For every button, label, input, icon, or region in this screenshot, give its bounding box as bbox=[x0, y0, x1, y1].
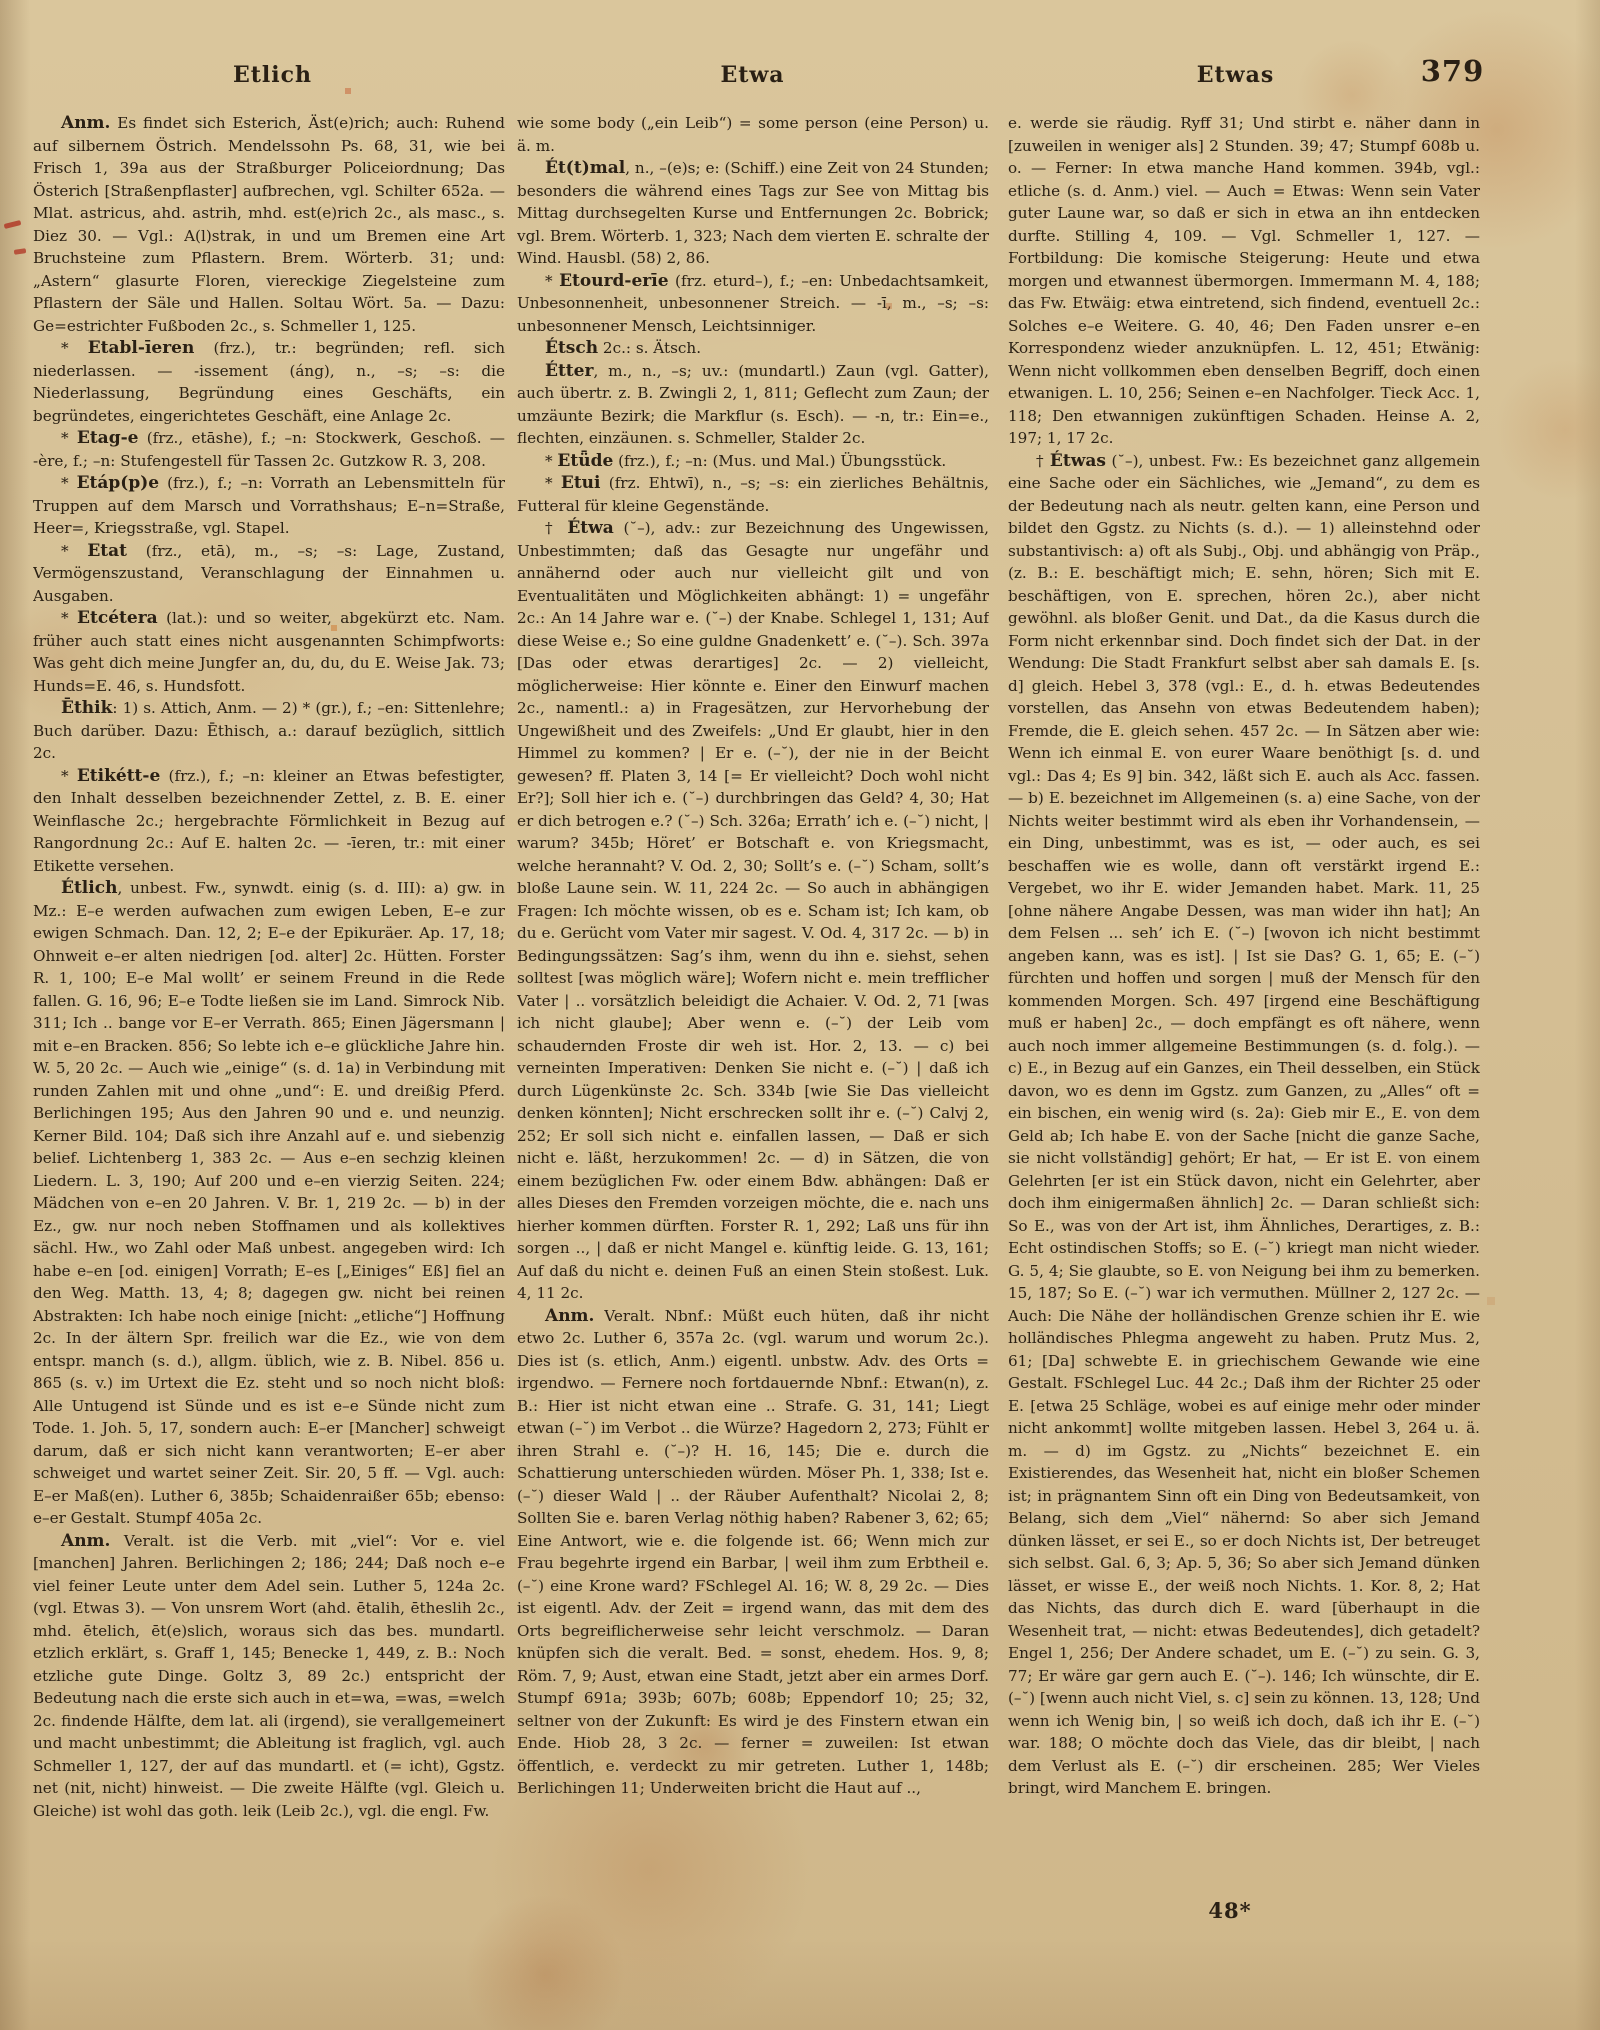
dictionary-paragraph: Anm. Veralt. Nbnf.: Müßt euch hüten, daß… bbox=[517, 1305, 989, 1800]
entry-marker: * bbox=[545, 452, 557, 470]
dictionary-paragraph: † Étwas (˘–), unbest. Fw.: Es bezeichnet… bbox=[1008, 450, 1480, 1800]
entry-text: 2c.: s. Ätsch. bbox=[598, 339, 701, 357]
entry-marker: * bbox=[61, 542, 87, 560]
dictionary-page: Etlich Etwa Etwas 379 Anm. Es findet sic… bbox=[0, 0, 1600, 2030]
dictionary-paragraph: * Etikétt-e (frz.), f.; –n: kleiner an E… bbox=[33, 765, 505, 878]
entry-text: Veralt. ist die Verb. mit „viel“: Vor e.… bbox=[33, 1532, 505, 1820]
text-column-left: Anm. Es findet sich Esterich, Äst(e)rich… bbox=[33, 112, 505, 1997]
headword: Etǖde bbox=[557, 451, 613, 471]
headword: Etabl-īeren bbox=[88, 338, 195, 358]
dictionary-paragraph: Ēthik: 1) s. Attich, Anm. — 2) * (gr.), … bbox=[33, 697, 505, 765]
margin-mark-red bbox=[14, 248, 27, 255]
entry-text: (˘–), adv.: zur Bezeichnung des Ungewiss… bbox=[517, 519, 989, 1302]
dictionary-paragraph: Ét(t)mal, n., –(e)s; e: (Schiff.) eine Z… bbox=[517, 157, 989, 270]
entry-marker: * bbox=[61, 339, 88, 357]
headword: Étsch bbox=[545, 338, 598, 358]
running-head-middle: Etwa bbox=[515, 62, 990, 88]
dictionary-paragraph: wie some body („ein Leib“) = some person… bbox=[517, 112, 989, 157]
dictionary-paragraph: † Étwa (˘–), adv.: zur Bezeichnung des U… bbox=[517, 517, 989, 1305]
headword: Ét(t)mal bbox=[545, 158, 625, 178]
dictionary-paragraph: * Etcétera (lat.): und so weiter, abgekü… bbox=[33, 607, 505, 697]
headword: Etat bbox=[87, 541, 127, 561]
dictionary-paragraph: * Etǖde (frz.), f.; –n: (Mus. und Mal.) … bbox=[517, 450, 989, 473]
dictionary-paragraph: Étter, m., n., –s; uv.: (mundartl.) Zaun… bbox=[517, 360, 989, 450]
dictionary-paragraph: * Etáp(p)e (frz.), f.; –n: Vorrath an Le… bbox=[33, 472, 505, 540]
dictionary-paragraph: * Etourd-erīe (frz. eturd–), f.; –en: Un… bbox=[517, 270, 989, 338]
page-number: 379 bbox=[1395, 54, 1510, 88]
headword: Anm. bbox=[545, 1306, 594, 1326]
running-head-left: Etlich bbox=[35, 62, 510, 88]
entry-marker: * bbox=[61, 609, 77, 627]
entry-text: (frz.), f.; –n: (Mus. und Mal.) Übungsst… bbox=[613, 452, 946, 470]
entry-text: , unbest. Fw., synwdt. einig (s. d. III)… bbox=[33, 879, 505, 1527]
entry-marker: * bbox=[545, 474, 561, 492]
headword: Anm. bbox=[61, 1531, 110, 1551]
dictionary-paragraph: Anm. Veralt. ist die Verb. mit „viel“: V… bbox=[33, 1530, 505, 1823]
dictionary-paragraph: * Etui (frz. Ehtwī), n., –s; –s: ein zie… bbox=[517, 472, 989, 517]
entry-text: (˘–), unbest. Fw.: Es bezeichnet ganz al… bbox=[1008, 452, 1480, 1798]
paper-foxing-specks bbox=[0, 0, 2, 2]
entry-marker: * bbox=[61, 474, 77, 492]
headword: Étter bbox=[545, 361, 593, 381]
headword: Etui bbox=[561, 473, 601, 493]
entry-marker: † bbox=[545, 519, 567, 537]
entry-text: Veralt. Nbnf.: Müßt euch hüten, daß ihr … bbox=[517, 1307, 989, 1798]
entry-text: e. werde sie räudig. Ryff 31; Und stirbt… bbox=[1008, 114, 1480, 447]
headword: Étwa bbox=[567, 518, 613, 538]
headword: Etourd-erīe bbox=[559, 271, 668, 291]
dictionary-paragraph: e. werde sie räudig. Ryff 31; Und stirbt… bbox=[1008, 112, 1480, 450]
headword: Étwas bbox=[1050, 451, 1106, 471]
margin-mark-red bbox=[4, 220, 22, 229]
text-column-middle: wie some body („ein Leib“) = some person… bbox=[517, 112, 989, 1997]
entry-marker: † bbox=[1036, 452, 1050, 470]
entry-text: Es findet sich Esterich, Äst(e)rich; auc… bbox=[33, 114, 505, 335]
headword: Etikétt-e bbox=[77, 766, 160, 786]
headword: Étlich bbox=[61, 878, 117, 898]
headword: Anm. bbox=[61, 113, 110, 133]
entry-marker: * bbox=[61, 767, 77, 785]
dictionary-paragraph: * Etag-e (frz., etāshe), f.; –n: Stockwe… bbox=[33, 427, 505, 472]
entry-text: wie some body („ein Leib“) = some person… bbox=[517, 114, 989, 155]
headword: Ēthik bbox=[61, 698, 112, 718]
entry-marker: * bbox=[61, 429, 77, 447]
headword: Etag-e bbox=[77, 428, 139, 448]
dictionary-paragraph: * Etabl-īeren (frz.), tr.: begründen; re… bbox=[33, 337, 505, 427]
text-column-right: e. werde sie räudig. Ryff 31; Und stirbt… bbox=[1008, 112, 1480, 1997]
entry-marker: * bbox=[545, 272, 559, 290]
signature-mark: 48* bbox=[1150, 1898, 1310, 1923]
dictionary-paragraph: Étsch 2c.: s. Ätsch. bbox=[517, 337, 989, 360]
headword: Etáp(p)e bbox=[77, 473, 160, 493]
dictionary-paragraph: * Etat (frz., etā), m., –s; –s: Lage, Zu… bbox=[33, 540, 505, 608]
headword: Etcétera bbox=[77, 608, 158, 628]
dictionary-paragraph: Anm. Es findet sich Esterich, Äst(e)rich… bbox=[33, 112, 505, 337]
dictionary-paragraph: Étlich, unbest. Fw., synwdt. einig (s. d… bbox=[33, 877, 505, 1530]
